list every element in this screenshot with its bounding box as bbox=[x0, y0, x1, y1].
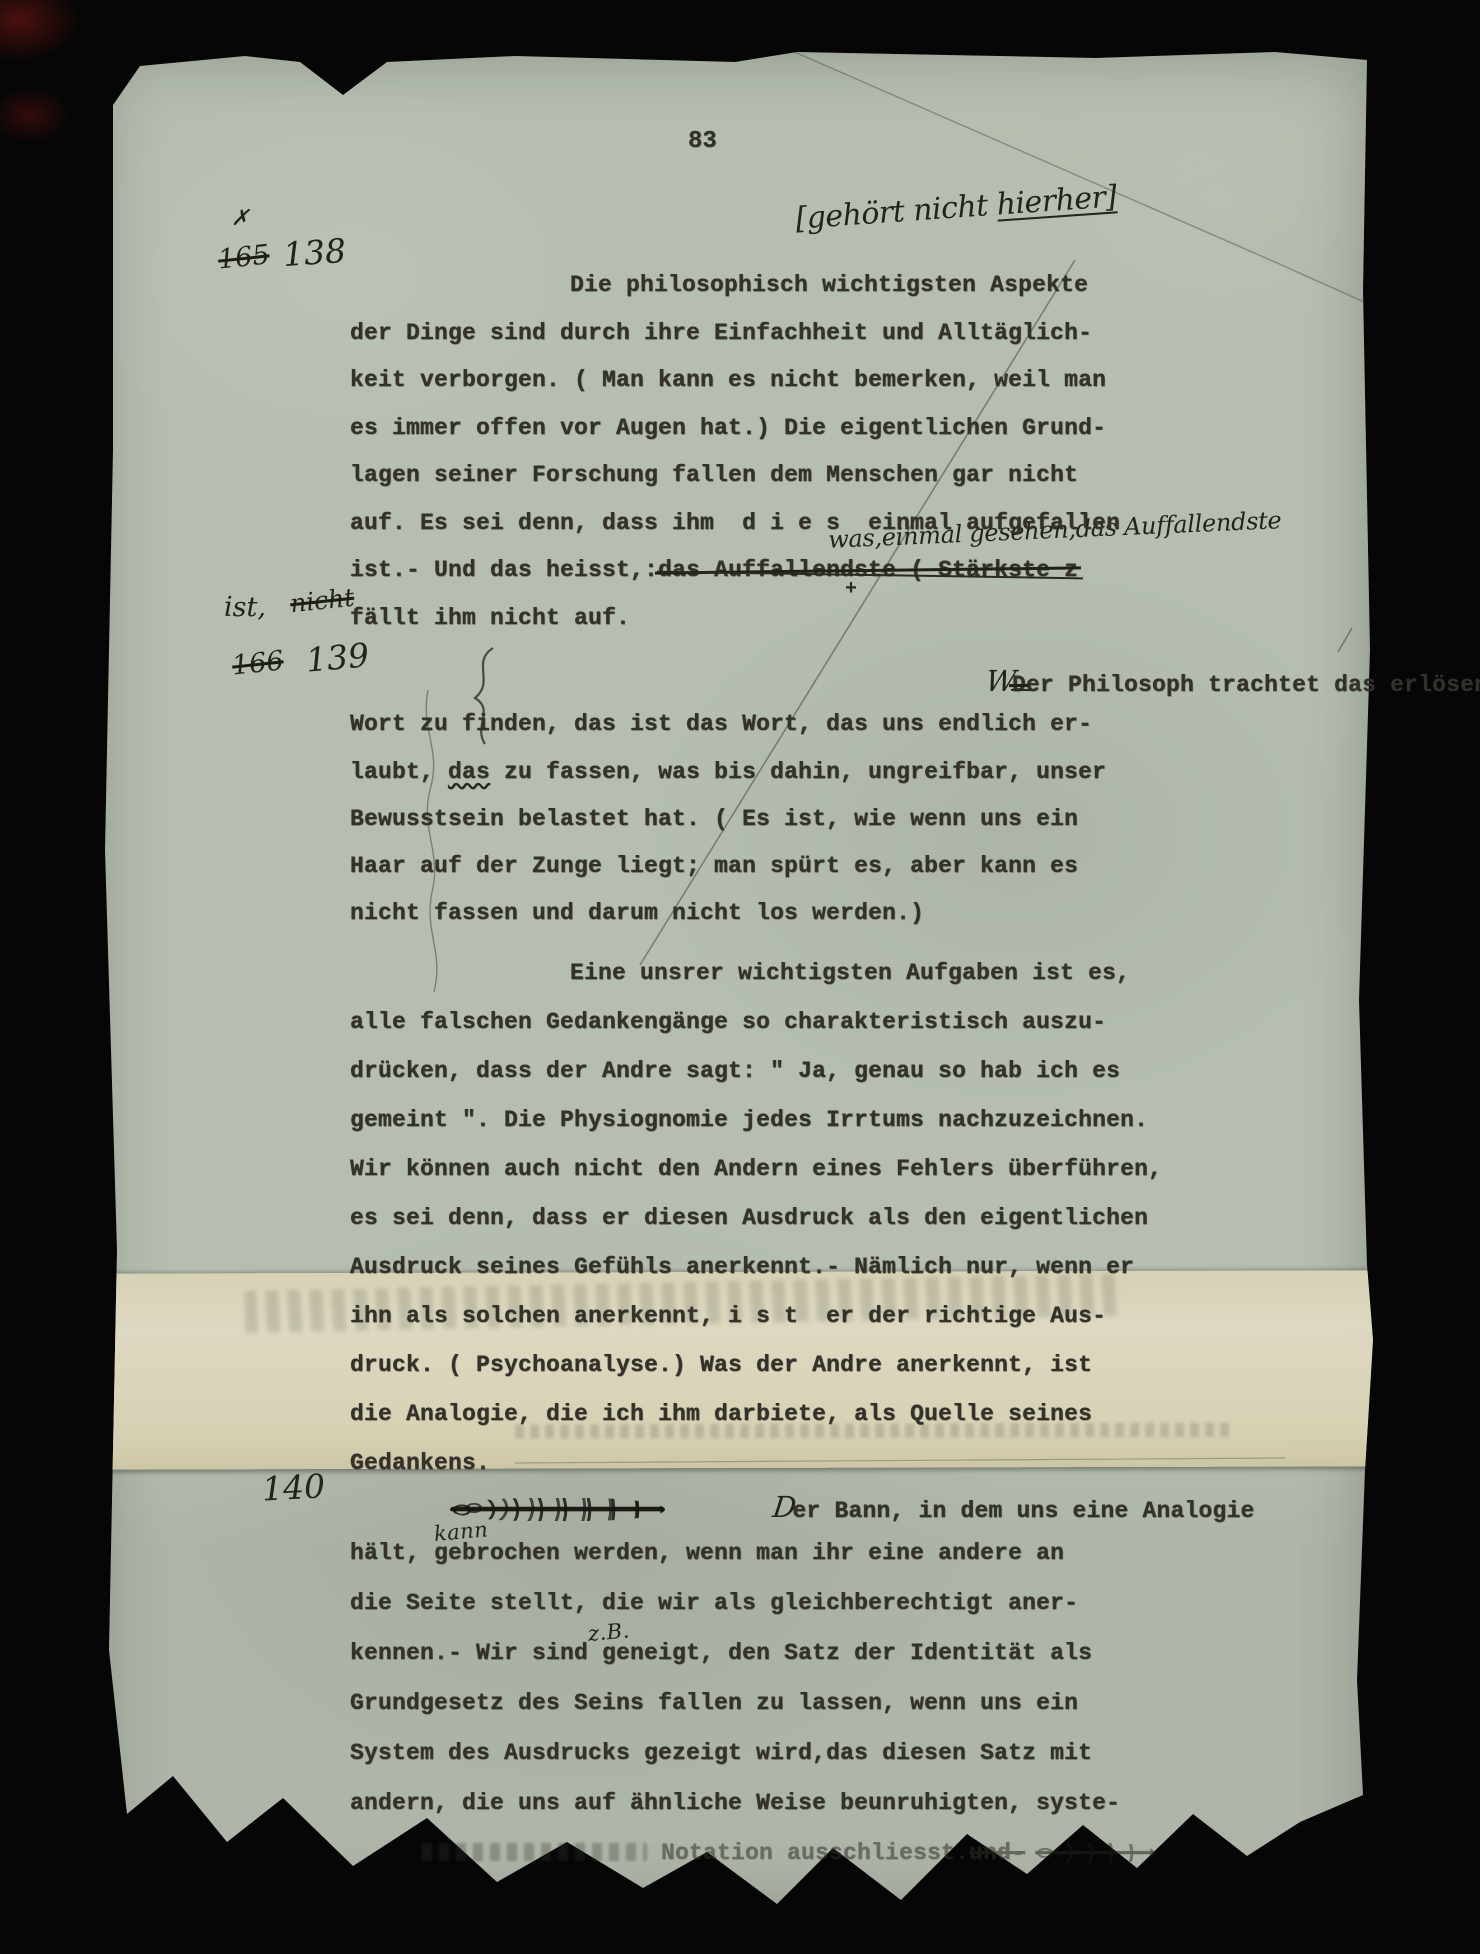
typescript-text: er Philosoph bbox=[1026, 672, 1194, 698]
typescript-text: keit verborgen. ( Man kann es nicht beme… bbox=[350, 367, 1106, 393]
paragraph-aufgaben: Eine unsrer wichtigsten Aufgaben ist es,… bbox=[350, 960, 1162, 1499]
typescript-line: Wort zu finden, das ist das Wort, das un… bbox=[350, 711, 1480, 758]
typescript-line: ist.- Und das heisst,:das Auffallendste … bbox=[350, 557, 1120, 605]
remark-number-138: 138 bbox=[282, 231, 348, 274]
ink-scribble bbox=[1035, 1843, 1155, 1863]
typescript-line: System des Ausdrucks gezeigt wird,das di… bbox=[350, 1740, 1255, 1790]
typescript-line: die Analogie, die ich ihm darbiete, als … bbox=[350, 1401, 1162, 1450]
typescript-text: Eine unsrer wichtigsten Aufgaben ist es, bbox=[570, 960, 1130, 986]
typescript-line: Haar auf der Zunge liegt; man spürt es, … bbox=[350, 853, 1480, 900]
typescript-text: Bewusstsein belastet hat. ( Es ist, wie … bbox=[350, 806, 1078, 832]
typescript-line: Ausdruck seines Gefühls anerkennt.- Näml… bbox=[350, 1254, 1162, 1303]
faded-struck-text: und- bbox=[969, 1840, 1025, 1866]
typescript-text: Die philosophisch wichtigsten Aspekte bbox=[570, 272, 1088, 298]
typescript-text: es sei denn, dass er diesen Ausdruck als… bbox=[350, 1205, 1148, 1231]
typescript-line: andern, die uns auf ähnliche Weise beunr… bbox=[350, 1790, 1255, 1840]
small-tick-mark bbox=[1338, 628, 1352, 652]
old-remark-number-struck: 166 bbox=[231, 645, 286, 681]
typescript-line: drücken, dass der Andre sagt: " Ja, gena… bbox=[350, 1058, 1162, 1107]
wavy-underlined-text: das bbox=[448, 759, 490, 785]
typescript-text: Gedankens. bbox=[350, 1450, 490, 1476]
handwritten-correction: W bbox=[666, 664, 1018, 698]
typescript-line: keit verborgen. ( Man kann es nicht beme… bbox=[350, 367, 1120, 415]
typescript-line: druck. ( Psychoanalyse.) Was der Andre a… bbox=[350, 1352, 1162, 1401]
typescript-line: Eine unsrer wichtigsten Aufgaben ist es, bbox=[350, 960, 1162, 1009]
illegible-smudge bbox=[422, 1843, 647, 1861]
struck-text: das Auffallendste ( Stärkste z bbox=[658, 557, 1078, 583]
paragraph-139: WDer Philosophiert trachtet das erlösend… bbox=[350, 664, 1480, 948]
typescript-text: er Bann, in dem uns eine Analogie bbox=[792, 1498, 1254, 1524]
cross-out-mark: ✗ bbox=[231, 206, 249, 231]
typescript-text: die Seite stellt, die wir als gleichbere… bbox=[350, 1590, 1078, 1616]
typescript-text: die Analogie, die ich ihm darbiete, als … bbox=[350, 1401, 1092, 1427]
typescript-text: ihn als solchen anerkennt, i s t er der … bbox=[350, 1303, 1106, 1329]
paragraph-140: Der Bann, in dem uns eine Analogiehält, … bbox=[350, 1490, 1255, 1890]
paragraph-138: Die philosophisch wichtigsten Aspekteder… bbox=[350, 272, 1120, 652]
typescript-text: Grundgesetz des Seins fallen zu lassen, … bbox=[350, 1690, 1078, 1716]
typescript-line: Wir können auch nicht den Andern eines F… bbox=[350, 1156, 1162, 1205]
remark-number-140: 140 bbox=[261, 1466, 326, 1508]
typescript-line: hält, kanngebrochen werden, wenn man ihr… bbox=[350, 1540, 1255, 1590]
typescript-line: alle falschen Gedankengänge so charakter… bbox=[350, 1009, 1162, 1058]
typescript-text: Wir können auch nicht den Andern eines F… bbox=[350, 1156, 1162, 1182]
typescript-text: zu fassen, was bis dahin, ungreifbar, un… bbox=[490, 759, 1106, 785]
handwritten-word-ist: ist, bbox=[224, 592, 266, 623]
typescript-text: auf. Es sei denn, dass ihm d i e s einma… bbox=[350, 510, 1120, 536]
typescript-text: trachtet das erlösende bbox=[1194, 672, 1480, 698]
typescript-line: WDer Philosophiert trachtet das erlösend… bbox=[350, 664, 1480, 711]
typescript-line: nicht fassen und darum nicht los werden.… bbox=[350, 900, 1480, 947]
typescript-text: hält, bbox=[350, 1540, 434, 1566]
typescript-line: lagen seiner Forschung fallen dem Mensch… bbox=[350, 462, 1120, 510]
typescript-text: System des Ausdrucks gezeigt wird,das di… bbox=[350, 1740, 1092, 1766]
typescript-text: nicht fassen und darum nicht los werden.… bbox=[350, 900, 924, 926]
typescript-line: die Seite stellt, die wir als gleichbere… bbox=[350, 1590, 1255, 1640]
typescript-line: laubt, das zu fassen, was bis dahin, ung… bbox=[350, 759, 1480, 806]
typescript-line: Notation ausschliesst.und- bbox=[422, 1840, 1255, 1890]
typescript-text: gemeint ". Die Physiognomie jedes Irrtum… bbox=[350, 1107, 1148, 1133]
typescript-text: Haar auf der Zunge liegt; man spürt es, … bbox=[350, 853, 1078, 879]
typescript-text: druck. ( Psychoanalyse.) Was der Andre a… bbox=[350, 1352, 1092, 1378]
typescript-line: kennen.- Wir sindz.B. geneigt, den Satz … bbox=[350, 1640, 1255, 1690]
typescript-line: ihn als solchen anerkennt, i s t er der … bbox=[350, 1303, 1162, 1352]
typescript-line: es immer offen vor Augen hat.) Die eigen… bbox=[350, 415, 1120, 463]
typescript-line: auf. Es sei denn, dass ihm d i e s einma… bbox=[350, 510, 1120, 558]
handwritten-correction: D bbox=[671, 1490, 799, 1524]
old-remark-number-struck: 165 bbox=[217, 239, 272, 275]
typescript-text: der Dinge sind durch ihre Einfachheit un… bbox=[350, 320, 1092, 346]
typescript-text: fällt ihm nicht auf. bbox=[350, 605, 630, 631]
typescript-line: Bewusstsein belastet hat. ( Es ist, wie … bbox=[350, 806, 1480, 853]
scanned-manuscript-photo: 83 [gehört nicht hierher] ✗ 165 138 166 … bbox=[0, 0, 1480, 1954]
typescript-text: es immer offen vor Augen hat.) Die eigen… bbox=[350, 415, 1106, 441]
typescript-text: andern, die uns auf ähnliche Weise beunr… bbox=[350, 1790, 1120, 1816]
typescript-text: alle falschen Gedankengänge so charakter… bbox=[350, 1009, 1106, 1035]
typescript-text: ist.- Und das heisst,: bbox=[350, 557, 658, 583]
typescript-text: laubt, bbox=[350, 759, 448, 785]
typescript-line: der Dinge sind durch ihre Einfachheit un… bbox=[350, 320, 1120, 368]
typescript-text: geneigt, den Satz der Identität als bbox=[588, 1640, 1092, 1666]
typescript-line: gemeint ". Die Physiognomie jedes Irrtum… bbox=[350, 1107, 1162, 1156]
typescript-text: lagen seiner Forschung fallen dem Mensch… bbox=[350, 462, 1078, 488]
typescript-line: es sei denn, dass er diesen Ausdruck als… bbox=[350, 1205, 1162, 1254]
typescript-text: gebrochen werden, wenn man ihr eine ande… bbox=[434, 1540, 1064, 1566]
typescript-text: Wort zu finden, das ist das Wort, das un… bbox=[350, 711, 1092, 737]
page-number: 83 bbox=[688, 128, 717, 155]
typescript-text: drücken, dass der Andre sagt: " Ja, gena… bbox=[350, 1058, 1120, 1084]
struck-text: D bbox=[1012, 672, 1026, 698]
typescript-line: Die philosophisch wichtigsten Aspekte bbox=[350, 272, 1120, 320]
typescript-line: fällt ihm nicht auf. bbox=[350, 605, 1120, 653]
typescript-line: Grundgesetz des Seins fallen zu lassen, … bbox=[350, 1690, 1255, 1740]
faded-typescript-text: Notation ausschliesst. bbox=[661, 1840, 969, 1866]
typescript-text: kennen.- Wir sind bbox=[350, 1640, 588, 1666]
typescript-text: Ausdruck seines Gefühls anerkennt.- Näml… bbox=[350, 1254, 1134, 1280]
